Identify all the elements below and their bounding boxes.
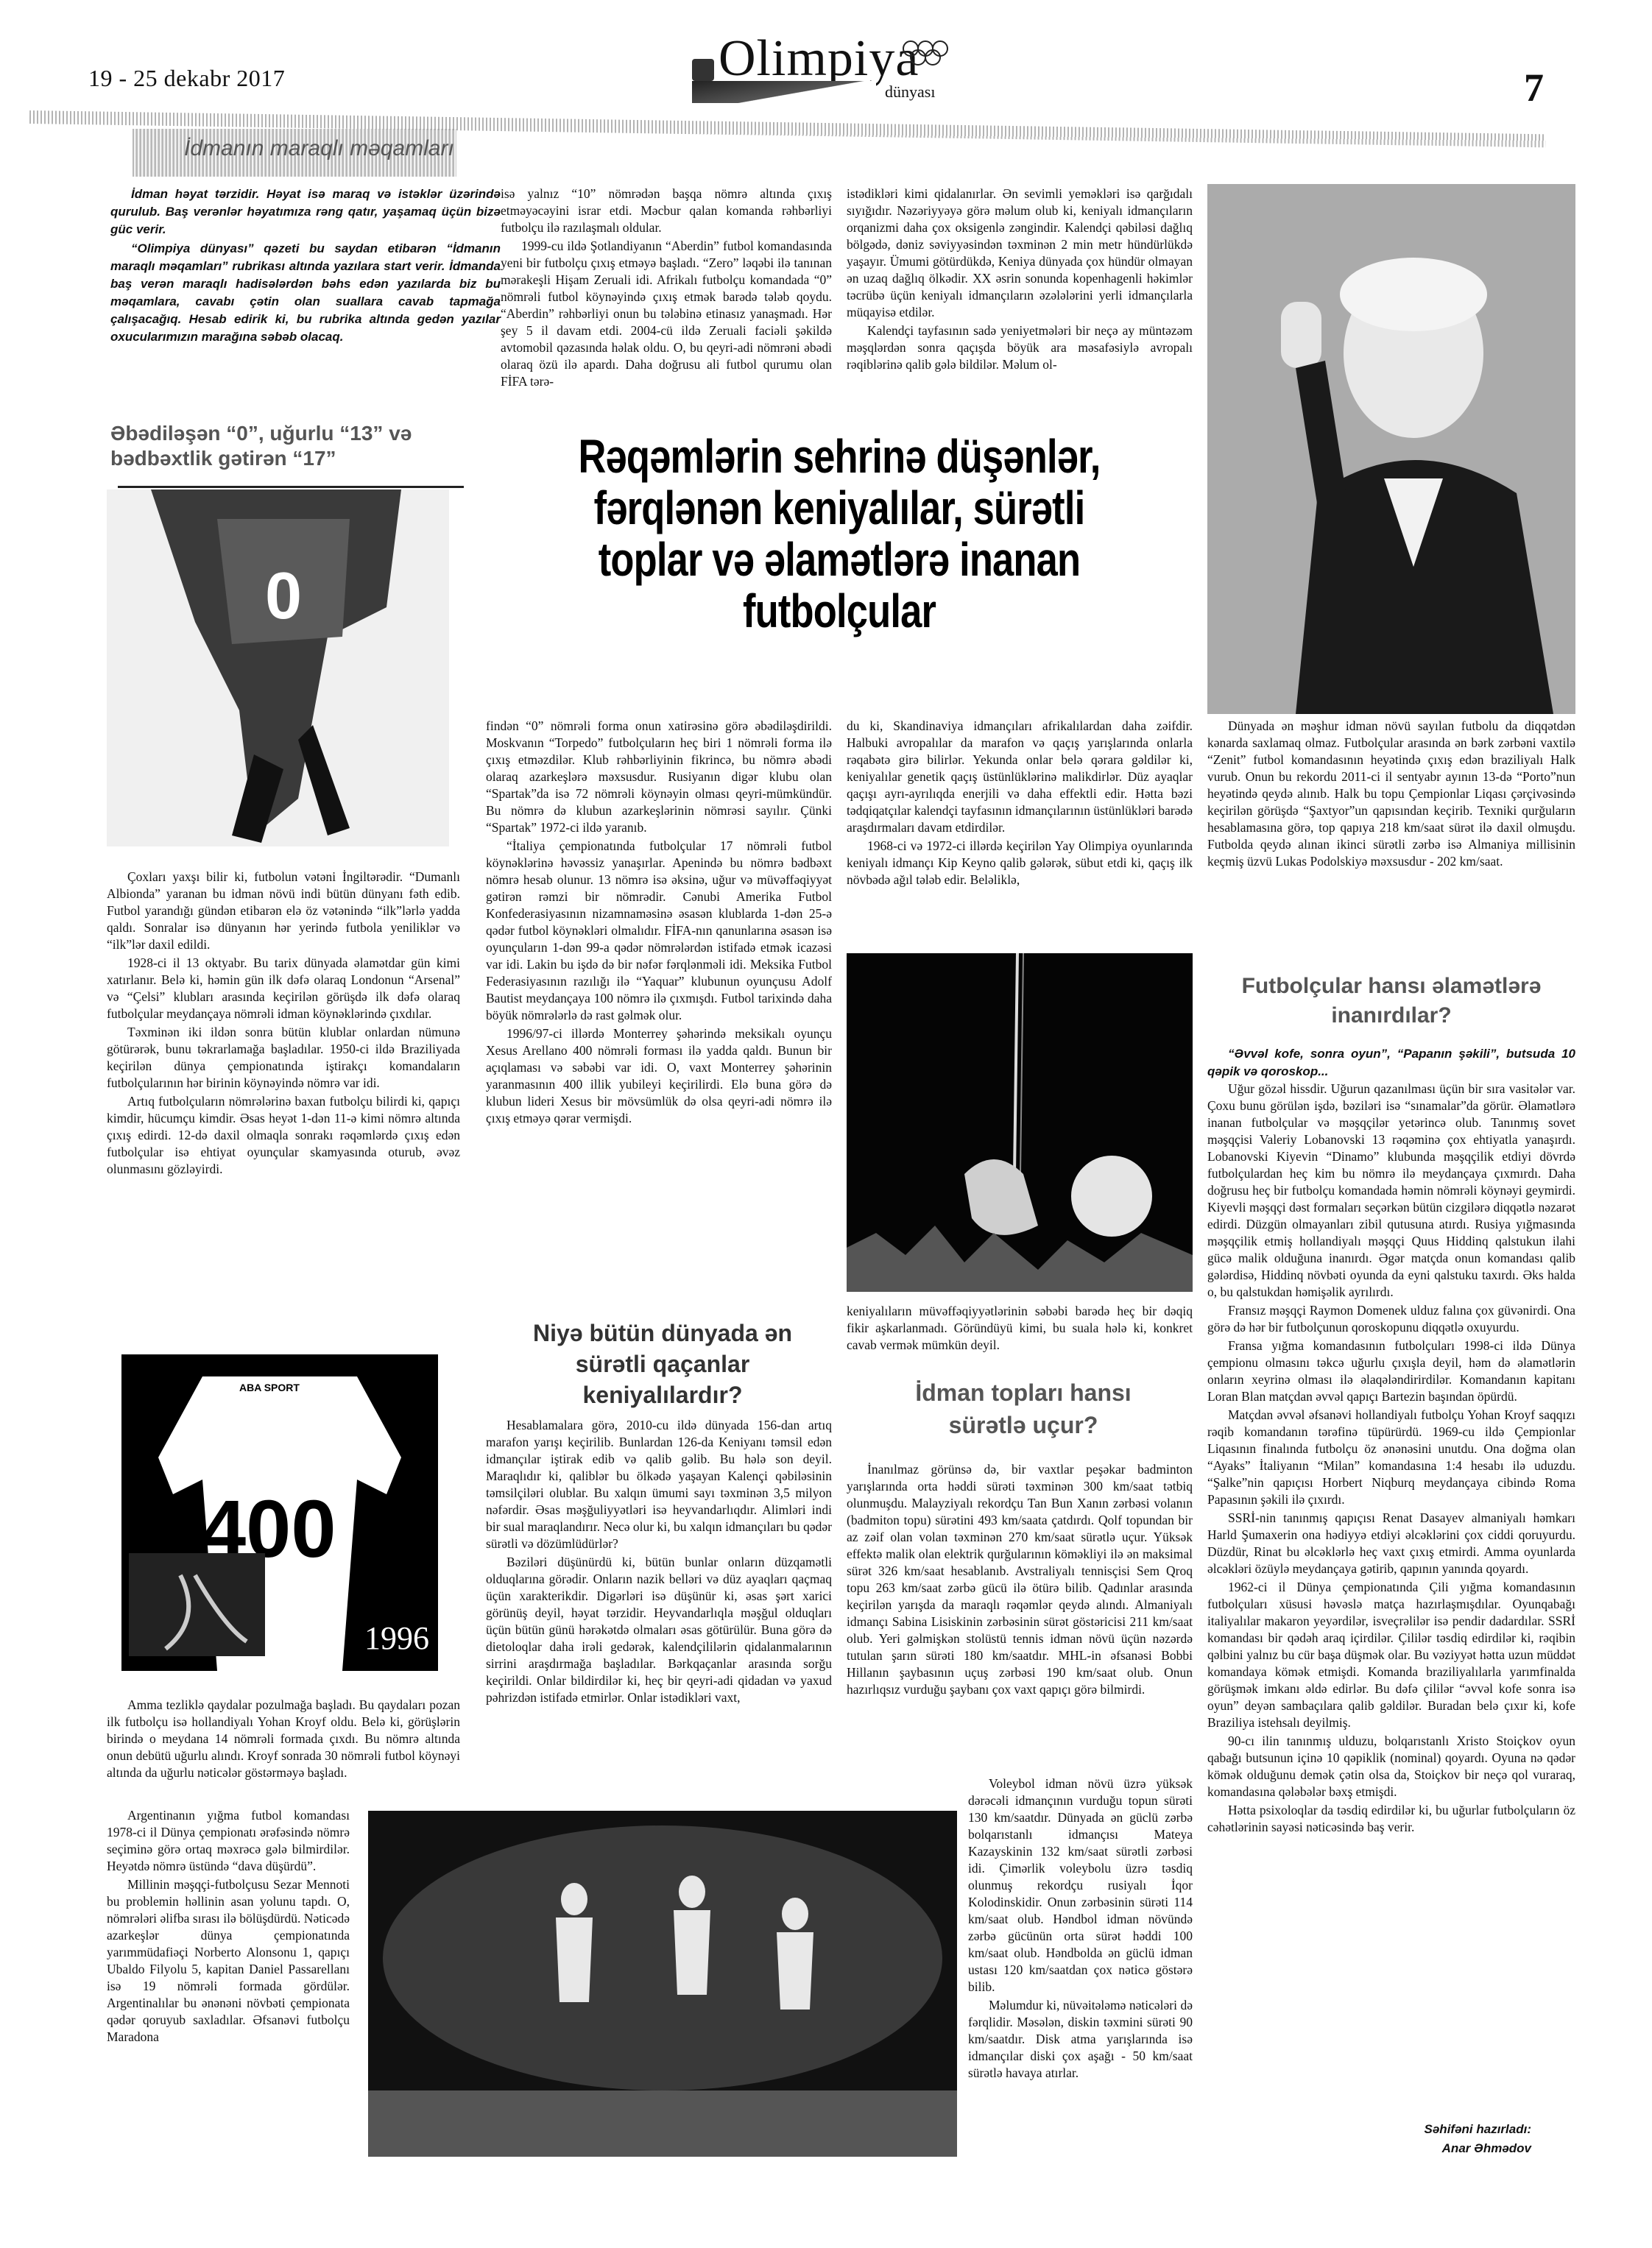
section-divider	[118, 486, 464, 488]
logo-swoosh	[692, 81, 876, 103]
kenya-closing: keniyalıların müvəffəqiyyətlərinin səbəb…	[847, 1303, 1193, 1355]
section-title-kenya: Niyə bütün dünyada ən sürətli qaçanlar k…	[515, 1318, 810, 1410]
torch-icon	[692, 59, 714, 81]
logo-title: Olimpiya	[719, 29, 919, 88]
article-column-mid-top: isə yalnız “10” nömrədən başqa nömrə alt…	[501, 185, 832, 392]
shirt-year: 1996	[364, 1620, 429, 1656]
balls-column: İnanılmaz görünsə də, bir vaxtlar peşəka…	[847, 1461, 1193, 1700]
article-column-left-bottom: Argentinanın yığma futbol komandası 1978…	[107, 1807, 350, 2047]
article-column-mid: findən “0” nömrəli forma onun xatirəsinə…	[486, 718, 832, 1128]
footballer-zero-photo: 0	[107, 489, 449, 846]
issue-date: 19 - 25 dekabr 2017	[88, 65, 285, 92]
shirt-400-photo: ABA SPORT 400 1996	[121, 1354, 438, 1671]
balls-column-bottom: Voleybol idman növü üzrə yüksək dərəcəli…	[968, 1775, 1193, 2083]
main-headline: Rəqəmlərin sehrinə düşənlər, fərqlənən k…	[573, 431, 1105, 637]
author-signature: Səhifəni hazırladı: Anar Əhmədov	[1384, 2120, 1531, 2158]
section-title-balls: İdman topları hansı sürətlə uçur?	[876, 1376, 1171, 1441]
superstitions-lead: “Əvvəl kofe, sonra oyun”, “Papanın şəkil…	[1207, 1045, 1575, 1082]
shirt-number: 0	[265, 559, 302, 633]
runners-photo	[368, 1811, 957, 2157]
section-title-superstitions: Futbolçular hansı əlamətlərə inanırdılar…	[1222, 972, 1561, 1031]
olympic-rings-icon	[902, 38, 949, 81]
article-column-right-top: istədikləri kimi qidalanırlar. Ən seviml…	[847, 185, 1193, 375]
section-title-zero: Əbədiləşən “0”, uğurlu “13” və bədbəxtli…	[110, 421, 493, 471]
logo-subtitle: dünyası	[885, 82, 935, 102]
newspaper-logo: Olimpiya dünyası	[692, 29, 972, 103]
page-number: 7	[1524, 65, 1544, 110]
kenya-column-right: du ki, Skandinaviya idmançıları afrikalı…	[847, 718, 1193, 890]
golf-photo	[847, 953, 1193, 1292]
shirt-brand: ABA SPORT	[239, 1382, 300, 1393]
intro-text: İdman həyat tərzidir. Həyat isə maraq və…	[110, 185, 501, 347]
article-column-left: Çoxları yaxşı bilir ki, futbolun vətəni …	[107, 869, 460, 1179]
rubric-label: İdmanın maraqlı məqamları	[184, 136, 454, 161]
kenya-column-mid: Hesablamalara görə, 2010-cu ildə dünyada…	[486, 1417, 832, 1708]
football-speed-text: Dünyada ən məşhur idman növü sayılan fut…	[1207, 718, 1575, 872]
coach-photo	[1207, 184, 1575, 714]
article-column-left-bottom-top: Amma tezliklə qaydalar pozulmağa başladı…	[107, 1697, 460, 1784]
superstitions-column: Uğur gözəl hissdir. Uğurun qazanılması ü…	[1207, 1081, 1575, 1837]
